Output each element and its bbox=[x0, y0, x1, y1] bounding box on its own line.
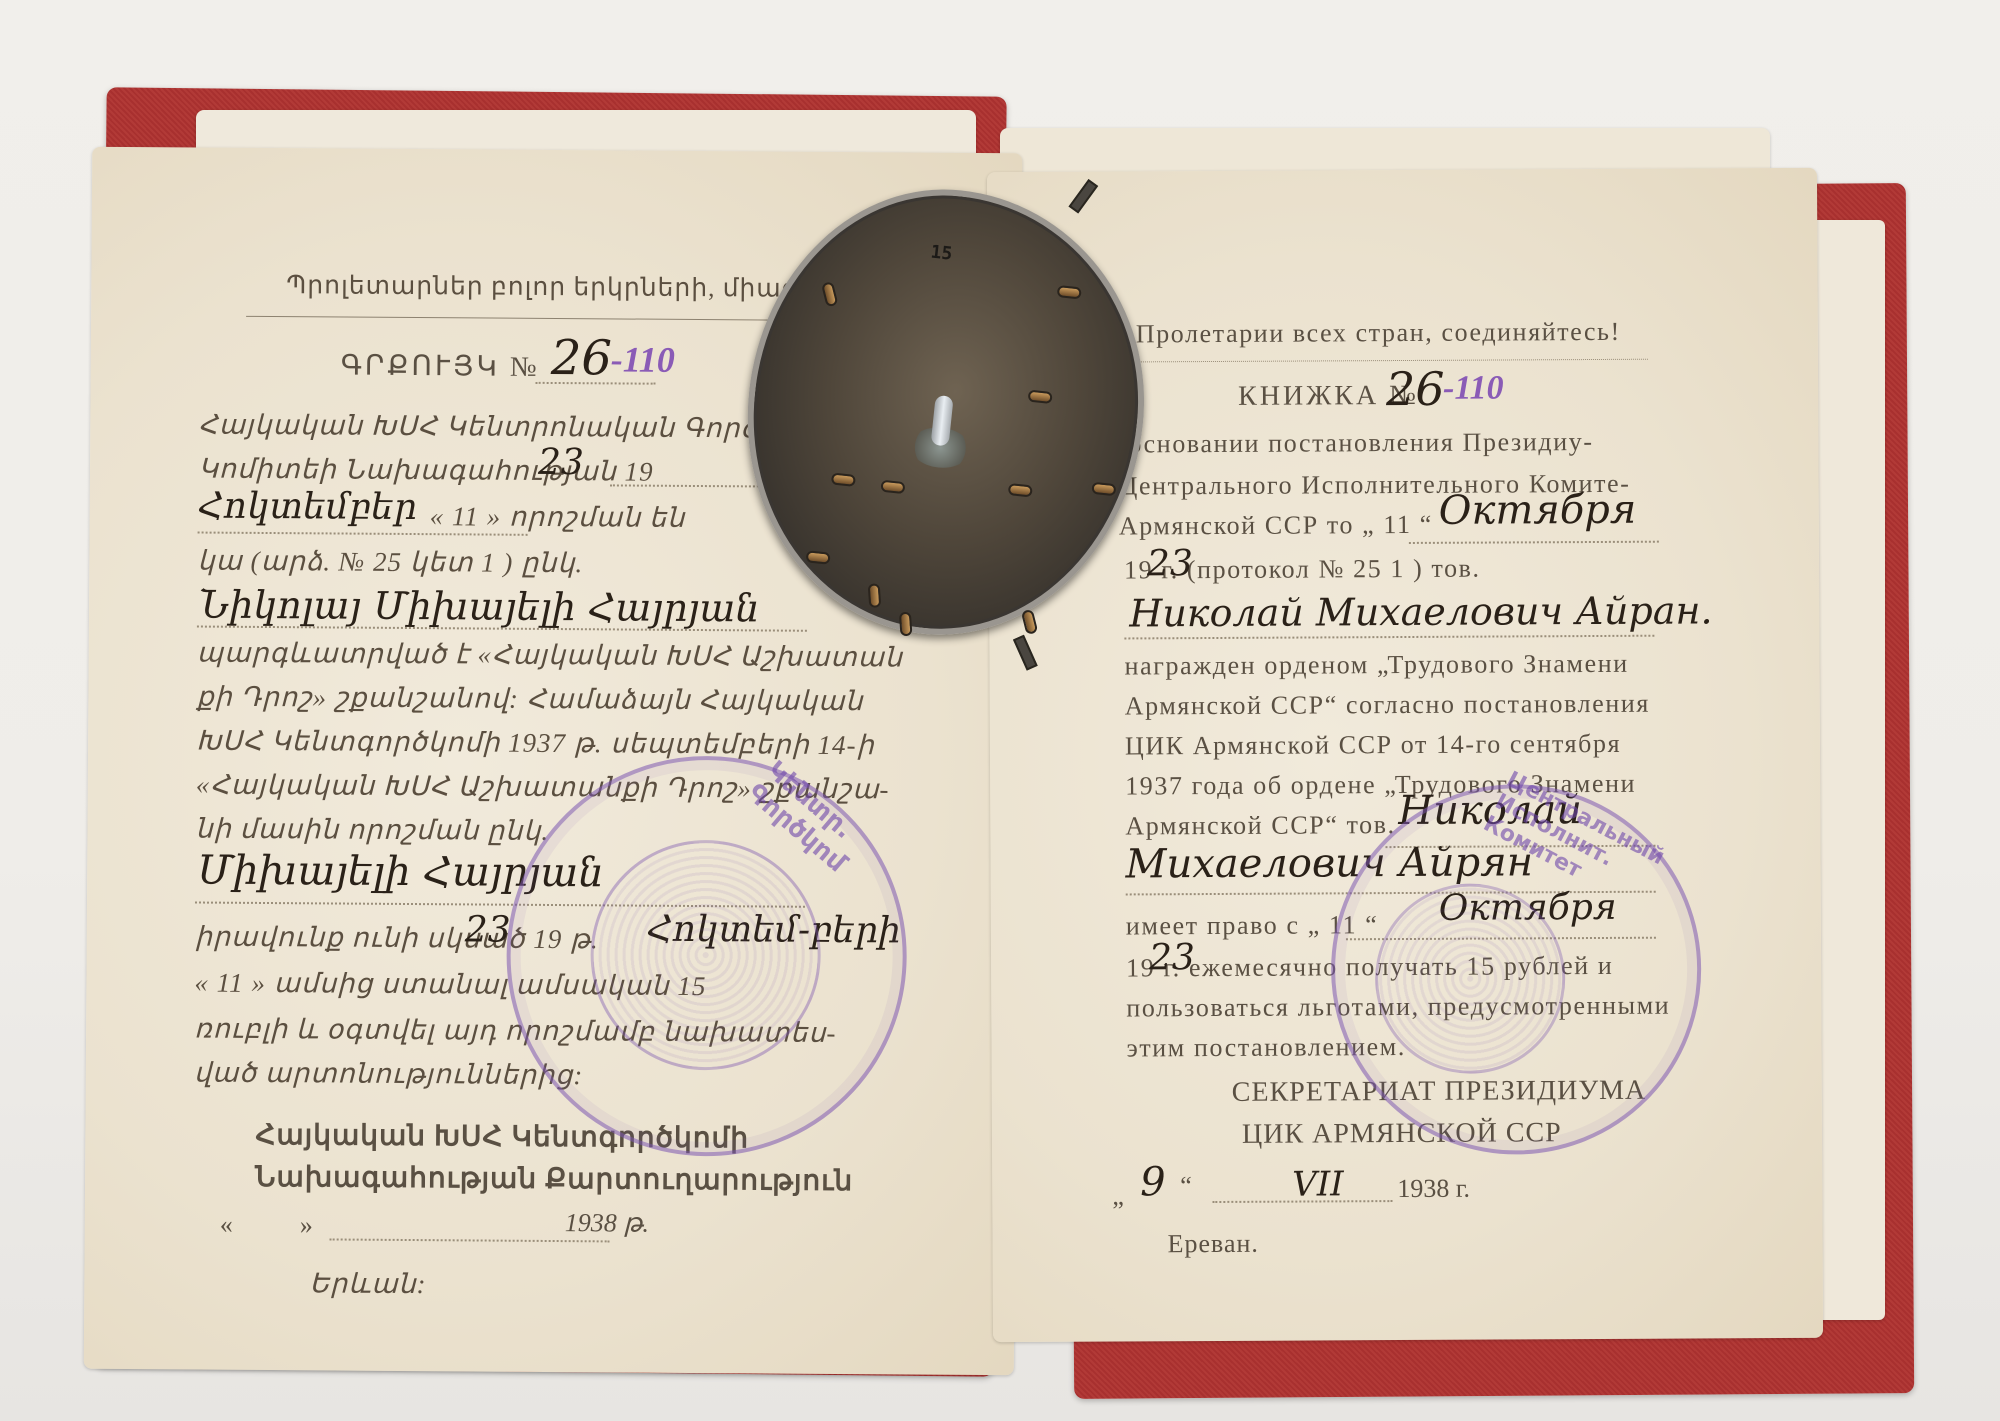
right-year-suffix: 23 bbox=[1147, 543, 1193, 584]
right-line-1: основании постановления Президиу- bbox=[1128, 427, 1593, 459]
rivet bbox=[831, 472, 856, 486]
left-line-7: ԽՍՀ Կենտգործկոմի 1937 թ. սեպտեմբերի 14-ի bbox=[196, 726, 875, 762]
right-number-handwritten: 26 bbox=[1386, 362, 1445, 416]
left-year-suffix: 23 bbox=[538, 442, 584, 483]
left-line-5: պարգևատրված է «Հայկական ԽՍՀ Աշխատան bbox=[197, 638, 903, 674]
dots-month bbox=[1409, 541, 1659, 544]
rivet bbox=[1091, 482, 1116, 496]
left-line-4: կա (արձ. № 25 կետ 1 ) ընկ. bbox=[197, 546, 583, 580]
right-number-violet: -110 bbox=[1443, 369, 1504, 407]
stamp-emblem-right bbox=[1375, 883, 1566, 1074]
right-date-quote-open: „ bbox=[1112, 1181, 1124, 1211]
right-city: Ереван. bbox=[1167, 1229, 1258, 1259]
left-title: ԳՐՔՈՒՅԿ № bbox=[341, 349, 540, 384]
rivet bbox=[868, 583, 882, 608]
right-date-year: 1938 г. bbox=[1397, 1174, 1470, 1204]
right-line-5: награжден орденом „Трудового Знамени bbox=[1124, 649, 1628, 682]
dots-name-right bbox=[1124, 635, 1654, 640]
left-stamp: Կենտր. Գործկոմ bbox=[505, 755, 908, 1158]
left-issuer-2: Նախագահության Քարտուղարություն bbox=[255, 1160, 853, 1198]
left-line-2: Կոմիտեի Նախագահության 19 bbox=[198, 454, 654, 488]
rivet bbox=[1057, 285, 1082, 299]
left-line-6: քի Դրոշ» շքանշանով: Համաձայն Հայկական bbox=[196, 682, 863, 718]
right-month: Октября bbox=[1439, 487, 1637, 534]
left-number-violet: -110 bbox=[611, 338, 675, 380]
right-stamp: Центральный Исполнит. Комитет bbox=[1330, 783, 1702, 1155]
right-sign-day: 9 bbox=[1140, 1159, 1166, 1205]
left-date-year: 1938 թ. bbox=[565, 1208, 649, 1239]
right-line-9: Армянской ССР“ тов. bbox=[1125, 810, 1396, 841]
left-slogan: Պրոլետարներ բոլոր երկրների, միացե՛ք bbox=[286, 270, 839, 304]
left-line-9: նի մասին որոշման ընկ. bbox=[195, 814, 549, 847]
right-sign-month: VII bbox=[1292, 1164, 1344, 1204]
rivet bbox=[880, 480, 905, 494]
left-date-close: » bbox=[300, 1210, 313, 1240]
rivet bbox=[1028, 390, 1053, 404]
right-slogan: Пролетарии всех стран, соединяйтесь! bbox=[1136, 317, 1621, 350]
left-month-handwritten: Հոկտեմբեր bbox=[198, 486, 417, 529]
left-line-1: Հայկական ԽՍՀ Կենտրոնական Գործ. bbox=[198, 410, 766, 445]
stamp-emblem bbox=[590, 839, 822, 1071]
rivet bbox=[899, 612, 913, 637]
rivet bbox=[821, 281, 838, 307]
right-name-full: Николай Михаелович Айран. bbox=[1129, 588, 1713, 635]
right-line-7: ЦИК Армянской ССР от 14-го сентября bbox=[1125, 729, 1621, 762]
left-line-3: « 11 » որոշման են bbox=[430, 501, 686, 534]
left-name-handwritten: Նիկոլայ Միխայելի Հայրյան bbox=[199, 583, 760, 631]
medal-serial-number: 15 bbox=[930, 242, 954, 265]
right-line-3: Армянской ССР то „ 11 “ bbox=[1119, 510, 1433, 542]
right-date-quote-close: “ bbox=[1180, 1171, 1192, 1201]
left-line-13: ված արտոնություններից: bbox=[194, 1058, 584, 1092]
left-city: Երևան: bbox=[309, 1268, 426, 1300]
left-year-suffix-2: 23 bbox=[465, 909, 511, 950]
right-year-suffix-2: 23 bbox=[1149, 937, 1195, 978]
dots-date bbox=[330, 1238, 610, 1242]
right-line-6: Армянской ССР“ согласно постановления bbox=[1125, 689, 1650, 722]
rivet bbox=[1008, 483, 1033, 497]
rivet bbox=[806, 550, 831, 564]
left-number-handwritten: 26 bbox=[551, 330, 612, 386]
left-date-open: « bbox=[220, 1210, 233, 1240]
